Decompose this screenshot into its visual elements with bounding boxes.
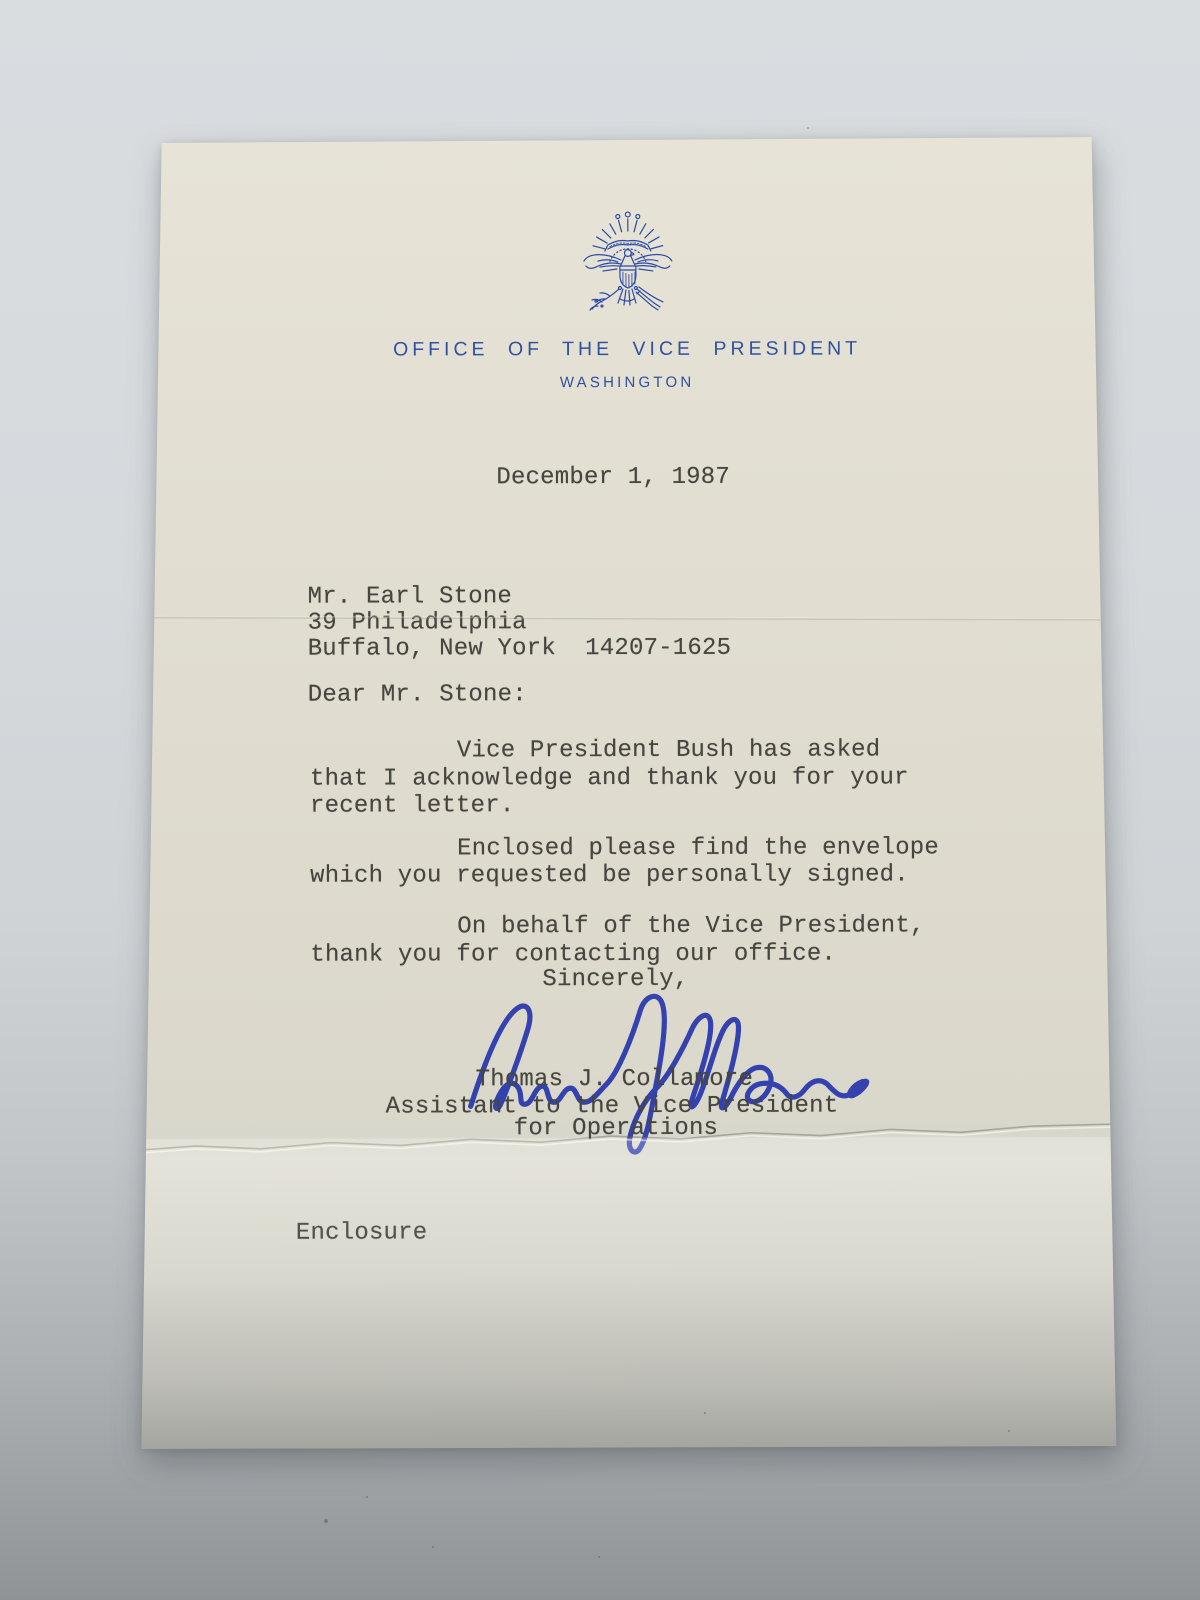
letterhead-office-line: OFFICE OF THE VICE PRESIDENT xyxy=(139,337,1115,362)
letterhead-city-line: WASHINGTON xyxy=(139,373,1115,392)
dust-specks xyxy=(0,0,2,2)
letter-paper: OFFICE OF THE VICE PRESIDENT WASHINGTON … xyxy=(140,136,1116,1450)
body-p1-line1: Vice President Bush has asked xyxy=(457,736,881,765)
body-p2-line2: which you requested be personally signed… xyxy=(310,861,909,890)
photo-background: OFFICE OF THE VICE PRESIDENT WASHINGTON … xyxy=(0,0,1200,1600)
date-line: December 1, 1987 xyxy=(496,464,730,492)
fold-crease-bottom xyxy=(141,1110,1117,1158)
enclosure-note: Enclosure xyxy=(296,1219,427,1247)
vice-president-seal-icon xyxy=(572,208,684,320)
recipient-name-line: Mr. Earl Stone xyxy=(308,583,512,611)
body-p1-line3: recent letter. xyxy=(310,792,514,820)
salutation: Dear Mr. Stone: xyxy=(308,681,527,709)
recipient-city-line: Buffalo, New York 14207-1625 xyxy=(308,635,732,664)
body-p1-line2: that I acknowledge and thank you for you… xyxy=(310,764,909,793)
body-p2-line1: Enclosed please find the envelope xyxy=(457,834,939,863)
body-p3-line1: On behalf of the Vice President, xyxy=(457,912,924,941)
letter-page: OFFICE OF THE VICE PRESIDENT WASHINGTON … xyxy=(139,135,1118,1451)
recipient-street-line: 39 Philadelphia xyxy=(308,609,527,637)
fold-crease-top xyxy=(144,616,1112,621)
signer-name-line: Thomas J. Collamore xyxy=(476,1066,754,1095)
paper-bottom-shading xyxy=(141,1137,1118,1451)
